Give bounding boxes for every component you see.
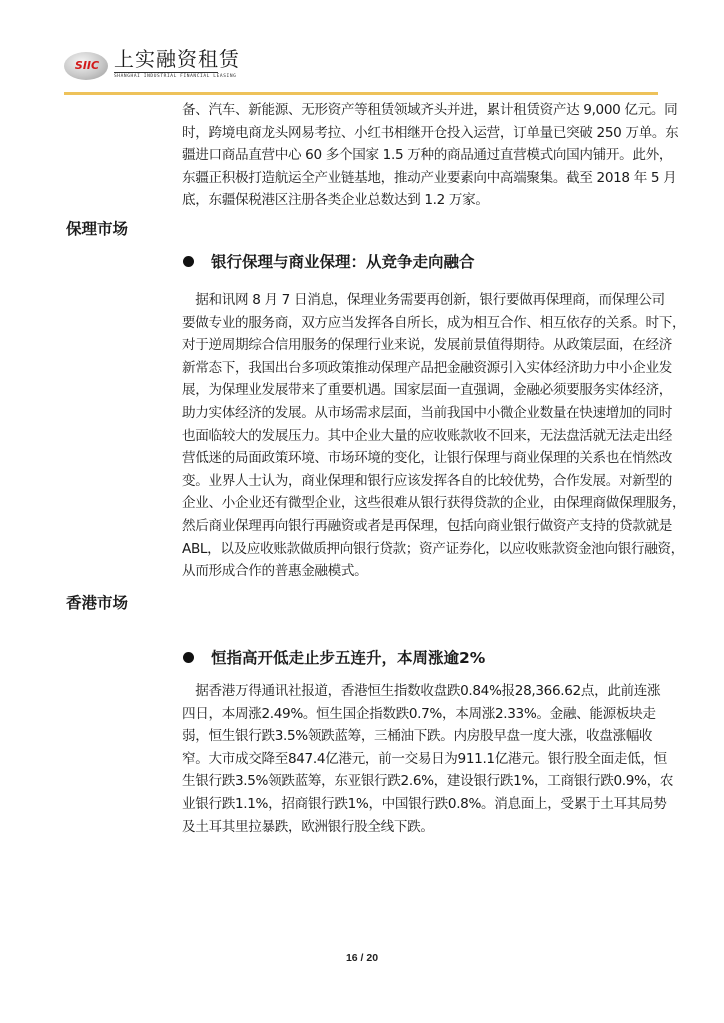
article-title: 恒指高开低走止步五连升，本周涨逾2% (211, 647, 485, 669)
paragraph-line: 底，东疆保税港区注册各类企业总数达到 1.2 万家。 (182, 189, 662, 212)
factoring-paragraph: 据和讯网 8 月 7 日消息，保理业务需要再创新，银行要做再保理商，而保理公司 … (182, 289, 662, 583)
paragraph-line: 然后商业保理再向银行再融资或者是再保理，包括向商业银行做资产支持的贷款就是 (182, 515, 662, 538)
paragraph-line: 据香港万得通讯社报道，香港恒生指数收盘跌0.84%报28,366.62点，此前连… (182, 680, 662, 703)
paragraph-line: 弱，恒生银行跌3.5%领跌蓝筹，三桶油下跌。内房股早盘一度大涨，收盘涨幅收 (182, 725, 662, 748)
paragraph-line: 备、汽车、新能源、无形资产等租赁领域齐头并进，累计租赁资产达 9,000 亿元。… (182, 99, 662, 122)
company-name-en: SHANGHAI INDUSTRIAL FINANCIAL LEASING (114, 74, 236, 80)
paragraph-line: 营低迷的局面政策环境、市场环境的变化，让银行保理与商业保理的关系也在悄然改 (182, 447, 662, 470)
paragraph-line: 业银行跌1.1%，招商银行跌1%，中国银行跌0.8%。消息面上，受累于土耳其局势 (182, 793, 662, 816)
header-divider (64, 92, 658, 95)
paragraph-line: ABL，以及应收账款做质押向银行贷款；资产证券化，以应收账款资金池向银行融资， (182, 538, 662, 561)
hk-market-paragraph: 据香港万得通讯社报道，香港恒生指数收盘跌0.84%报28,366.62点，此前连… (182, 680, 662, 838)
logo-underline (114, 72, 218, 73)
section-heading-hk-market: 香港市场 (66, 593, 128, 613)
paragraph-line: 对于逆周期综合信用服务的保理行业来说，发展前景值得期待。从政策层面，在经济 (182, 334, 662, 357)
article-title: 银行保理与商业保理：从竞争走向融合 (211, 251, 475, 273)
paragraph-line: 企业、小企业还有微型企业，这些很难从银行获得贷款的企业，由保理商做保理服务， (182, 492, 662, 515)
siic-logo-icon: SIIC (64, 52, 108, 80)
bullet-icon (183, 652, 194, 663)
company-name-cn: 上实融资租赁 (114, 48, 240, 70)
paragraph-line: 据和讯网 8 月 7 日消息，保理业务需要再创新，银行要做再保理商，而保理公司 (182, 289, 662, 312)
page-number: 16 / 20 (0, 952, 724, 964)
paragraph-line: 也面临较大的发展压力。其中企业大量的应收账款收不回来，无法盘活就无法走出经 (182, 425, 662, 448)
paragraph-line: 及土耳其里拉暴跌，欧洲银行股全线下跌。 (182, 816, 662, 839)
paragraph-line: 窄。大市成交降至847.4亿港元，前一交易日为911.1亿港元。银行股全面走低，… (182, 748, 662, 771)
paragraph-line: 要做专业的服务商，双方应当发挥各自所长，成为相互合作、相互依存的关系。时下， (182, 312, 662, 335)
logo-mark: SIIC (67, 60, 107, 72)
paragraph-line: 时，跨境电商龙头网易考拉、小红书相继开仓投入运营，订单量已突破 250 万单。东 (182, 122, 662, 145)
paragraph-line: 疆进口商品直营中心 60 多个国家 1.5 万种的商品通过直营模式向国内铺开。此… (182, 144, 662, 167)
paragraph-line: 东疆正积极打造航运全产业链基地，推动产业要素向中高端聚集。截至 2018 年 5… (182, 167, 662, 190)
paragraph-line: 展，为保理业发展带来了重要机遇。国家层面一直强调，金融必须要服务实体经济， (182, 379, 662, 402)
paragraph-line: 新常态下，我国出台多项政策推动保理产品把金融资源引入实体经济助力中小企业发 (182, 357, 662, 380)
paragraph-line: 变。业界人士认为，商业保理和银行应该发挥各自的比较优势，合作发展。对新型的 (182, 470, 662, 493)
bullet-icon (183, 256, 194, 267)
paragraph-line: 从而形成合作的普惠金融模式。 (182, 560, 662, 583)
paragraph-line: 生银行跌3.5%领跌蓝筹，东亚银行跌2.6%，建设银行跌1%，工商银行跌0.9%… (182, 770, 662, 793)
intro-paragraph: 备、汽车、新能源、无形资产等租赁领域齐头并进，累计租赁资产达 9,000 亿元。… (182, 99, 662, 212)
paragraph-line: 助力实体经济的发展。从市场需求层面，当前我国中小微企业数量在快速增加的同时 (182, 402, 662, 425)
section-heading-factoring: 保理市场 (66, 219, 128, 239)
document-header: SIIC 上实融资租赁 SHANGHAI INDUSTRIAL FINANCIA… (64, 46, 664, 86)
paragraph-line: 四日，本周涨2.49%。恒生国企指数跌0.7%，本周涨2.33%。金融、能源板块… (182, 703, 662, 726)
